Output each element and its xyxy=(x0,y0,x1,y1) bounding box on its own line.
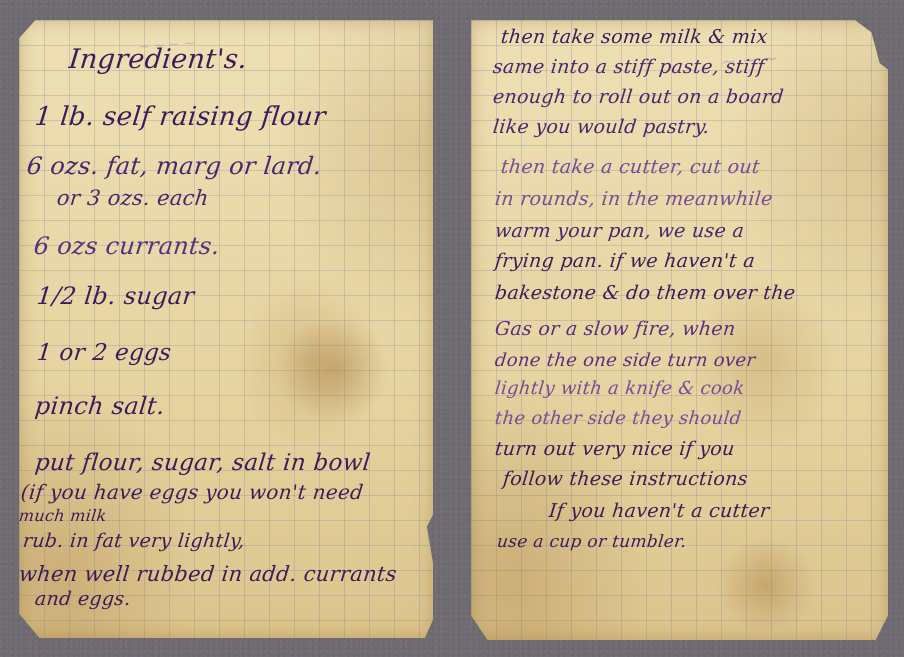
instruction-line: frying pan. if we haven't a xyxy=(494,250,756,272)
ingredient-line: 1 lb. self raising flour xyxy=(33,102,327,132)
method-line: put flour, sugar, salt in bowl xyxy=(34,450,372,476)
instruction-line: follow these instructions xyxy=(502,468,749,490)
instruction-line: the other side they should xyxy=(494,408,743,429)
instruction-line: then take some milk & mix xyxy=(500,26,769,48)
recipe-page-left: ~ ~ ~ ~ Ingredient's. 1 lb. self raising… xyxy=(19,20,433,638)
ingredients-heading: Ingredient's. xyxy=(67,44,248,75)
method-line: and eggs. xyxy=(34,588,132,610)
instruction-line: warm your pan, we use a xyxy=(494,220,745,242)
ingredient-line: pinch salt. xyxy=(34,392,167,420)
instruction-line: turn out very nice if you xyxy=(494,438,736,460)
instruction-line: Gas or a slow fire, when xyxy=(494,318,737,340)
paper-stain xyxy=(274,320,394,420)
ingredient-line: or 3 ozs. each xyxy=(56,186,210,210)
instruction-line: like you would pastry. xyxy=(492,116,711,138)
instruction-line: bakestone & do them over the xyxy=(494,282,797,304)
ingredient-line: 1/2 lb. sugar xyxy=(36,282,196,310)
method-line: rub. in fat very lightly, xyxy=(22,530,246,552)
method-line: much milk xyxy=(18,506,108,525)
instruction-line: in rounds, in the meanwhile xyxy=(494,188,774,210)
instruction-line: If you haven't a cutter xyxy=(548,500,771,522)
method-line: when well rubbed in add. currants xyxy=(18,562,398,586)
method-line: (if you have eggs you won't need xyxy=(20,480,365,504)
instruction-line: enough to roll out on a board xyxy=(492,86,785,108)
ingredient-line: 6 ozs currants. xyxy=(33,232,222,260)
instruction-line: lightly with a knife & cook xyxy=(494,378,746,399)
ingredient-line: 6 ozs. fat, marg or lard. xyxy=(26,152,324,180)
instruction-line: same into a stiff paste, stiff xyxy=(492,56,766,78)
paper-stain xyxy=(711,540,821,630)
ingredient-line: 1 or 2 eggs xyxy=(36,340,173,366)
recipe-page-right: ~ ~ ~ then take some milk & mix same int… xyxy=(471,20,888,640)
instruction-line: then take a cutter, cut out xyxy=(500,156,761,178)
instruction-line: use a cup or tumbler. xyxy=(496,532,688,552)
instruction-line: done the one side turn over xyxy=(494,350,757,371)
